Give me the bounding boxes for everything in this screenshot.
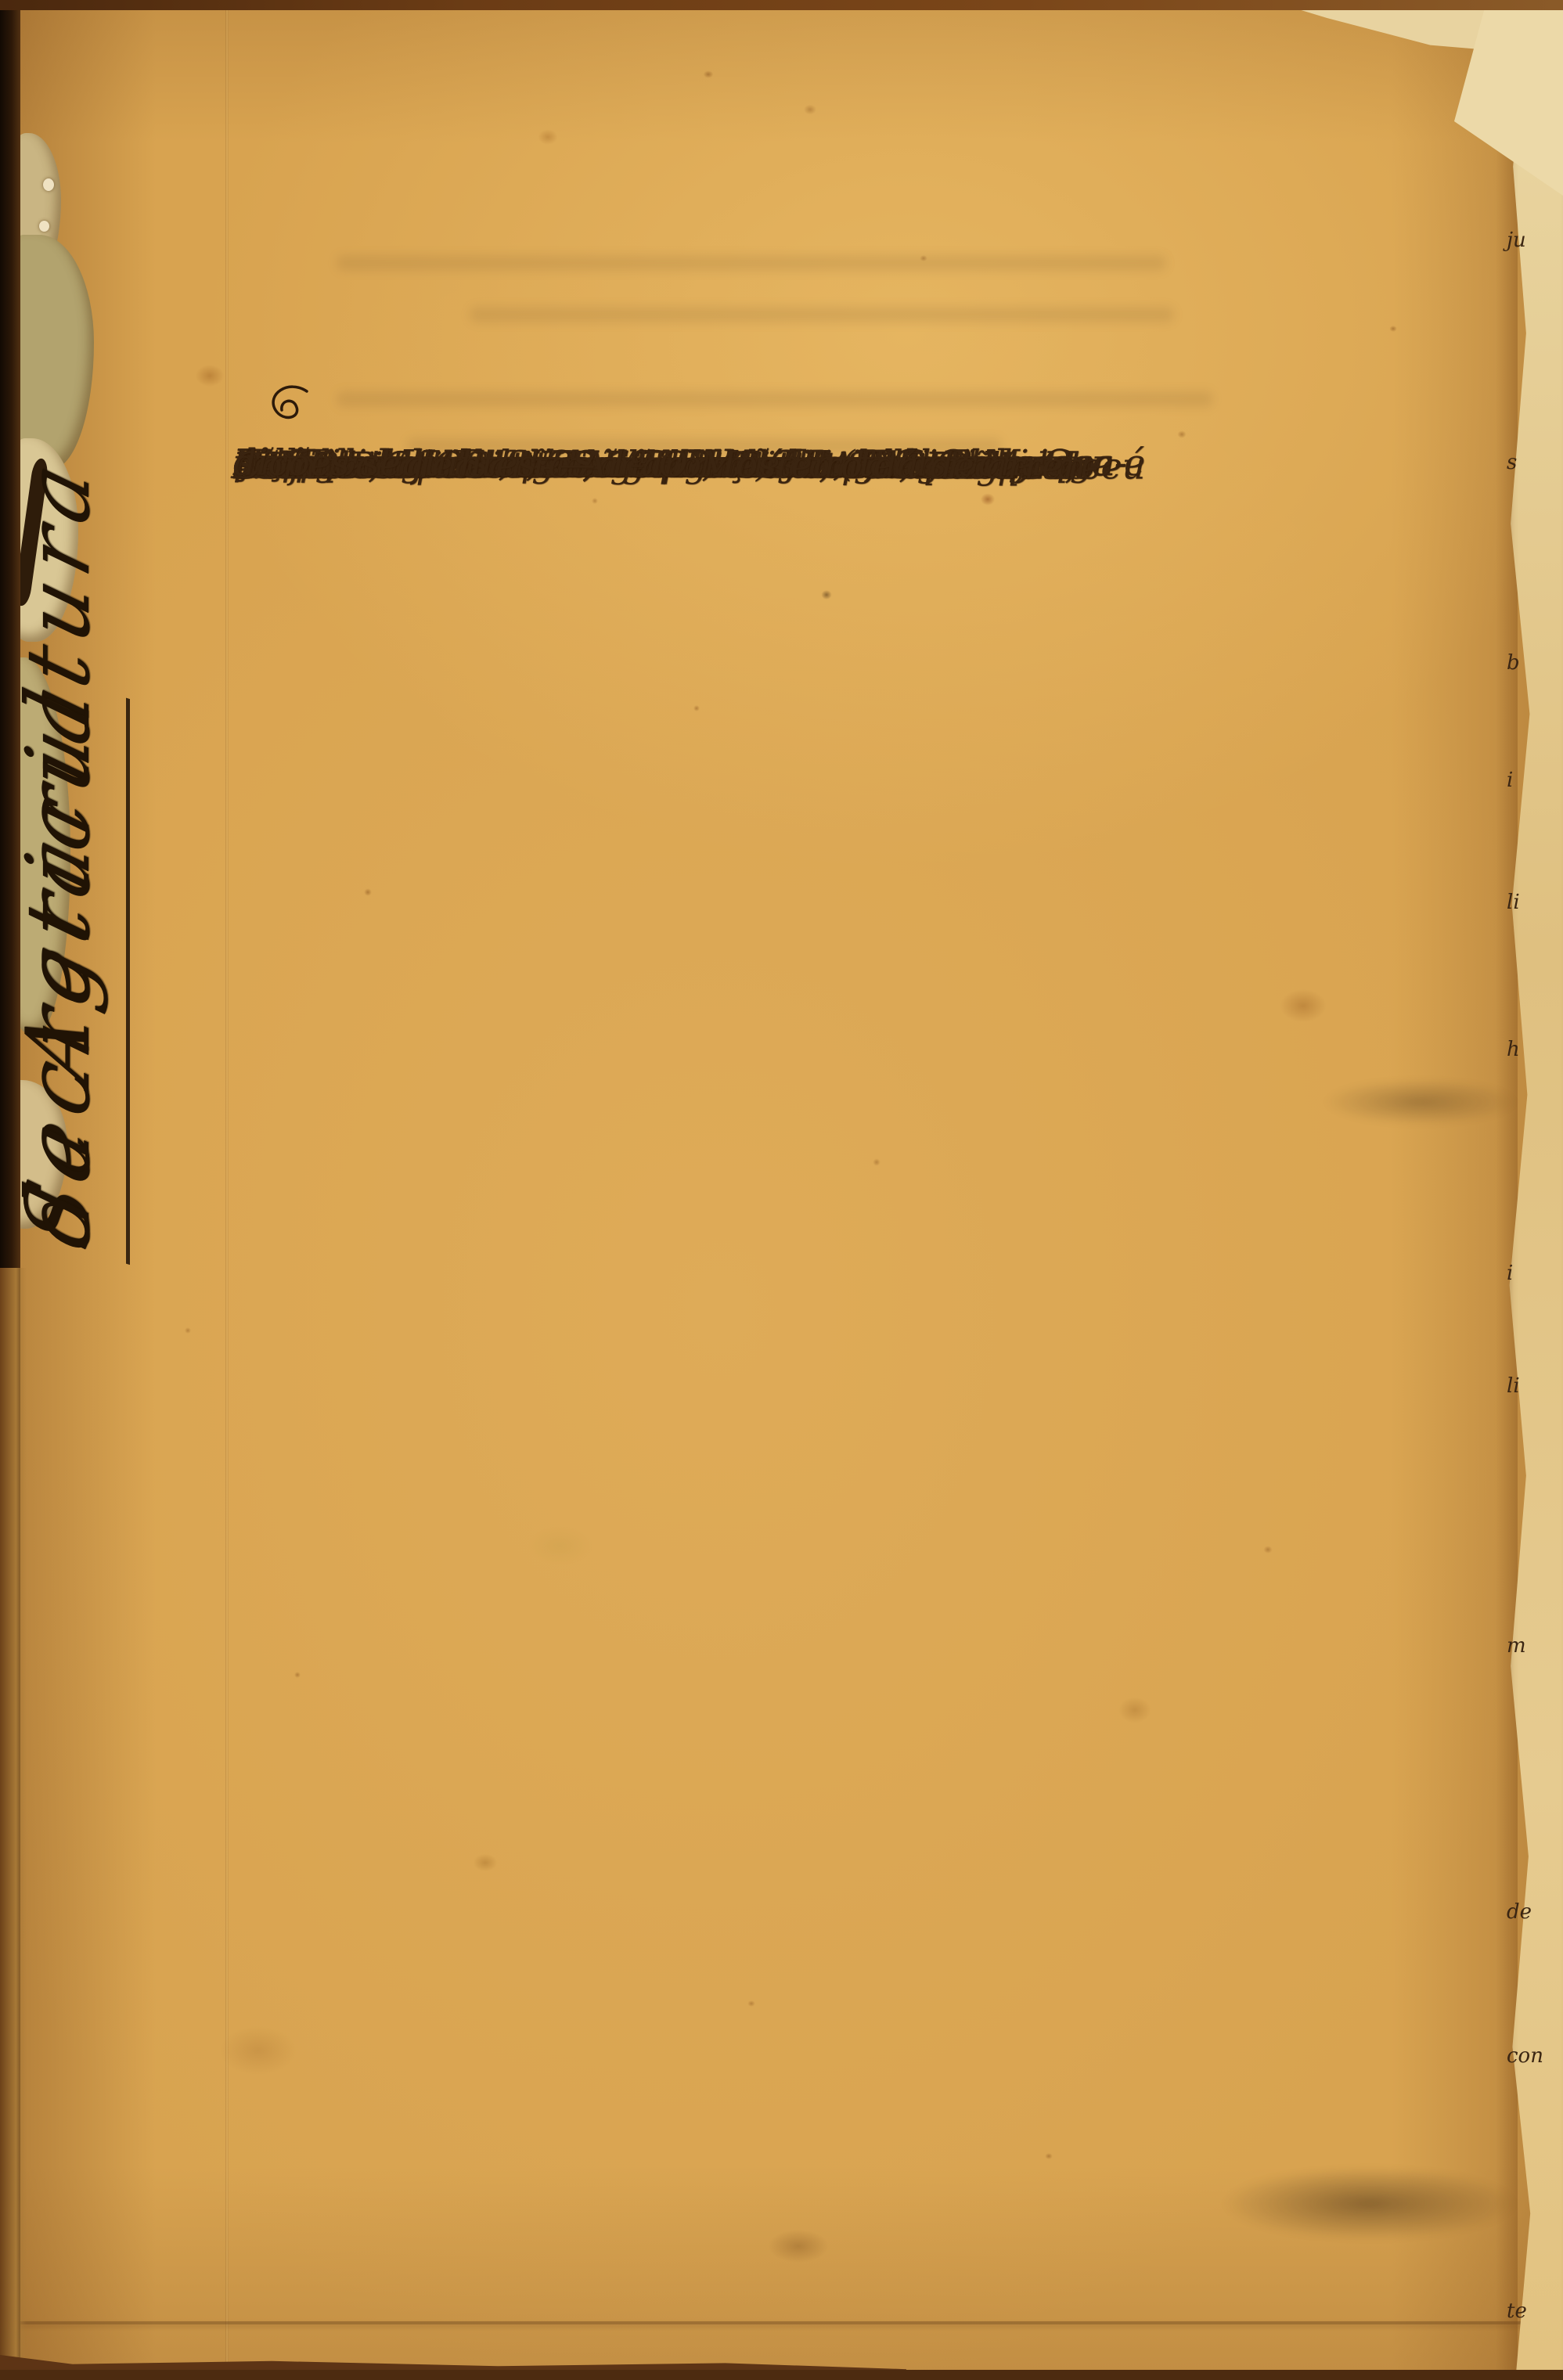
bleed-through-line bbox=[470, 307, 1174, 322]
ink-fragment: ju bbox=[1507, 229, 1526, 252]
edge-ink-fragments: jusbilihilimdeconte bbox=[1504, 0, 1563, 2380]
ink-smudge bbox=[1323, 1078, 1518, 1125]
horizontal-fold-crease bbox=[0, 2321, 1563, 2324]
bleed-through-line bbox=[337, 391, 1213, 407]
page-bottom-edge bbox=[0, 2370, 1563, 2380]
margin-stamp-rest: da Agricultura bbox=[0, 439, 120, 1262]
page-top-edge bbox=[0, 0, 1563, 10]
worm-hole bbox=[39, 221, 49, 232]
worm-hole bbox=[43, 178, 54, 191]
manuscript-page: jusbilihilimdeconte Secretaria da Agricu… bbox=[0, 0, 1563, 2380]
ink-fragment: te bbox=[1507, 2299, 1527, 2323]
manuscript-line: dições seguintes: — 1ª O Mosteiro dá de … bbox=[233, 441, 1104, 523]
vertical-fold-crease bbox=[225, 0, 229, 2380]
flourish-swash bbox=[258, 383, 321, 438]
ink-smudge bbox=[1221, 2166, 1518, 2241]
ink-fragment: con bbox=[1507, 2044, 1543, 2068]
bleed-through-line bbox=[337, 255, 1166, 271]
margin-stamp: Secretaria da Agricultura bbox=[0, 520, 120, 1969]
manuscript-text: Termo de contracto com o Reverendo D.Abb… bbox=[233, 443, 1512, 2235]
